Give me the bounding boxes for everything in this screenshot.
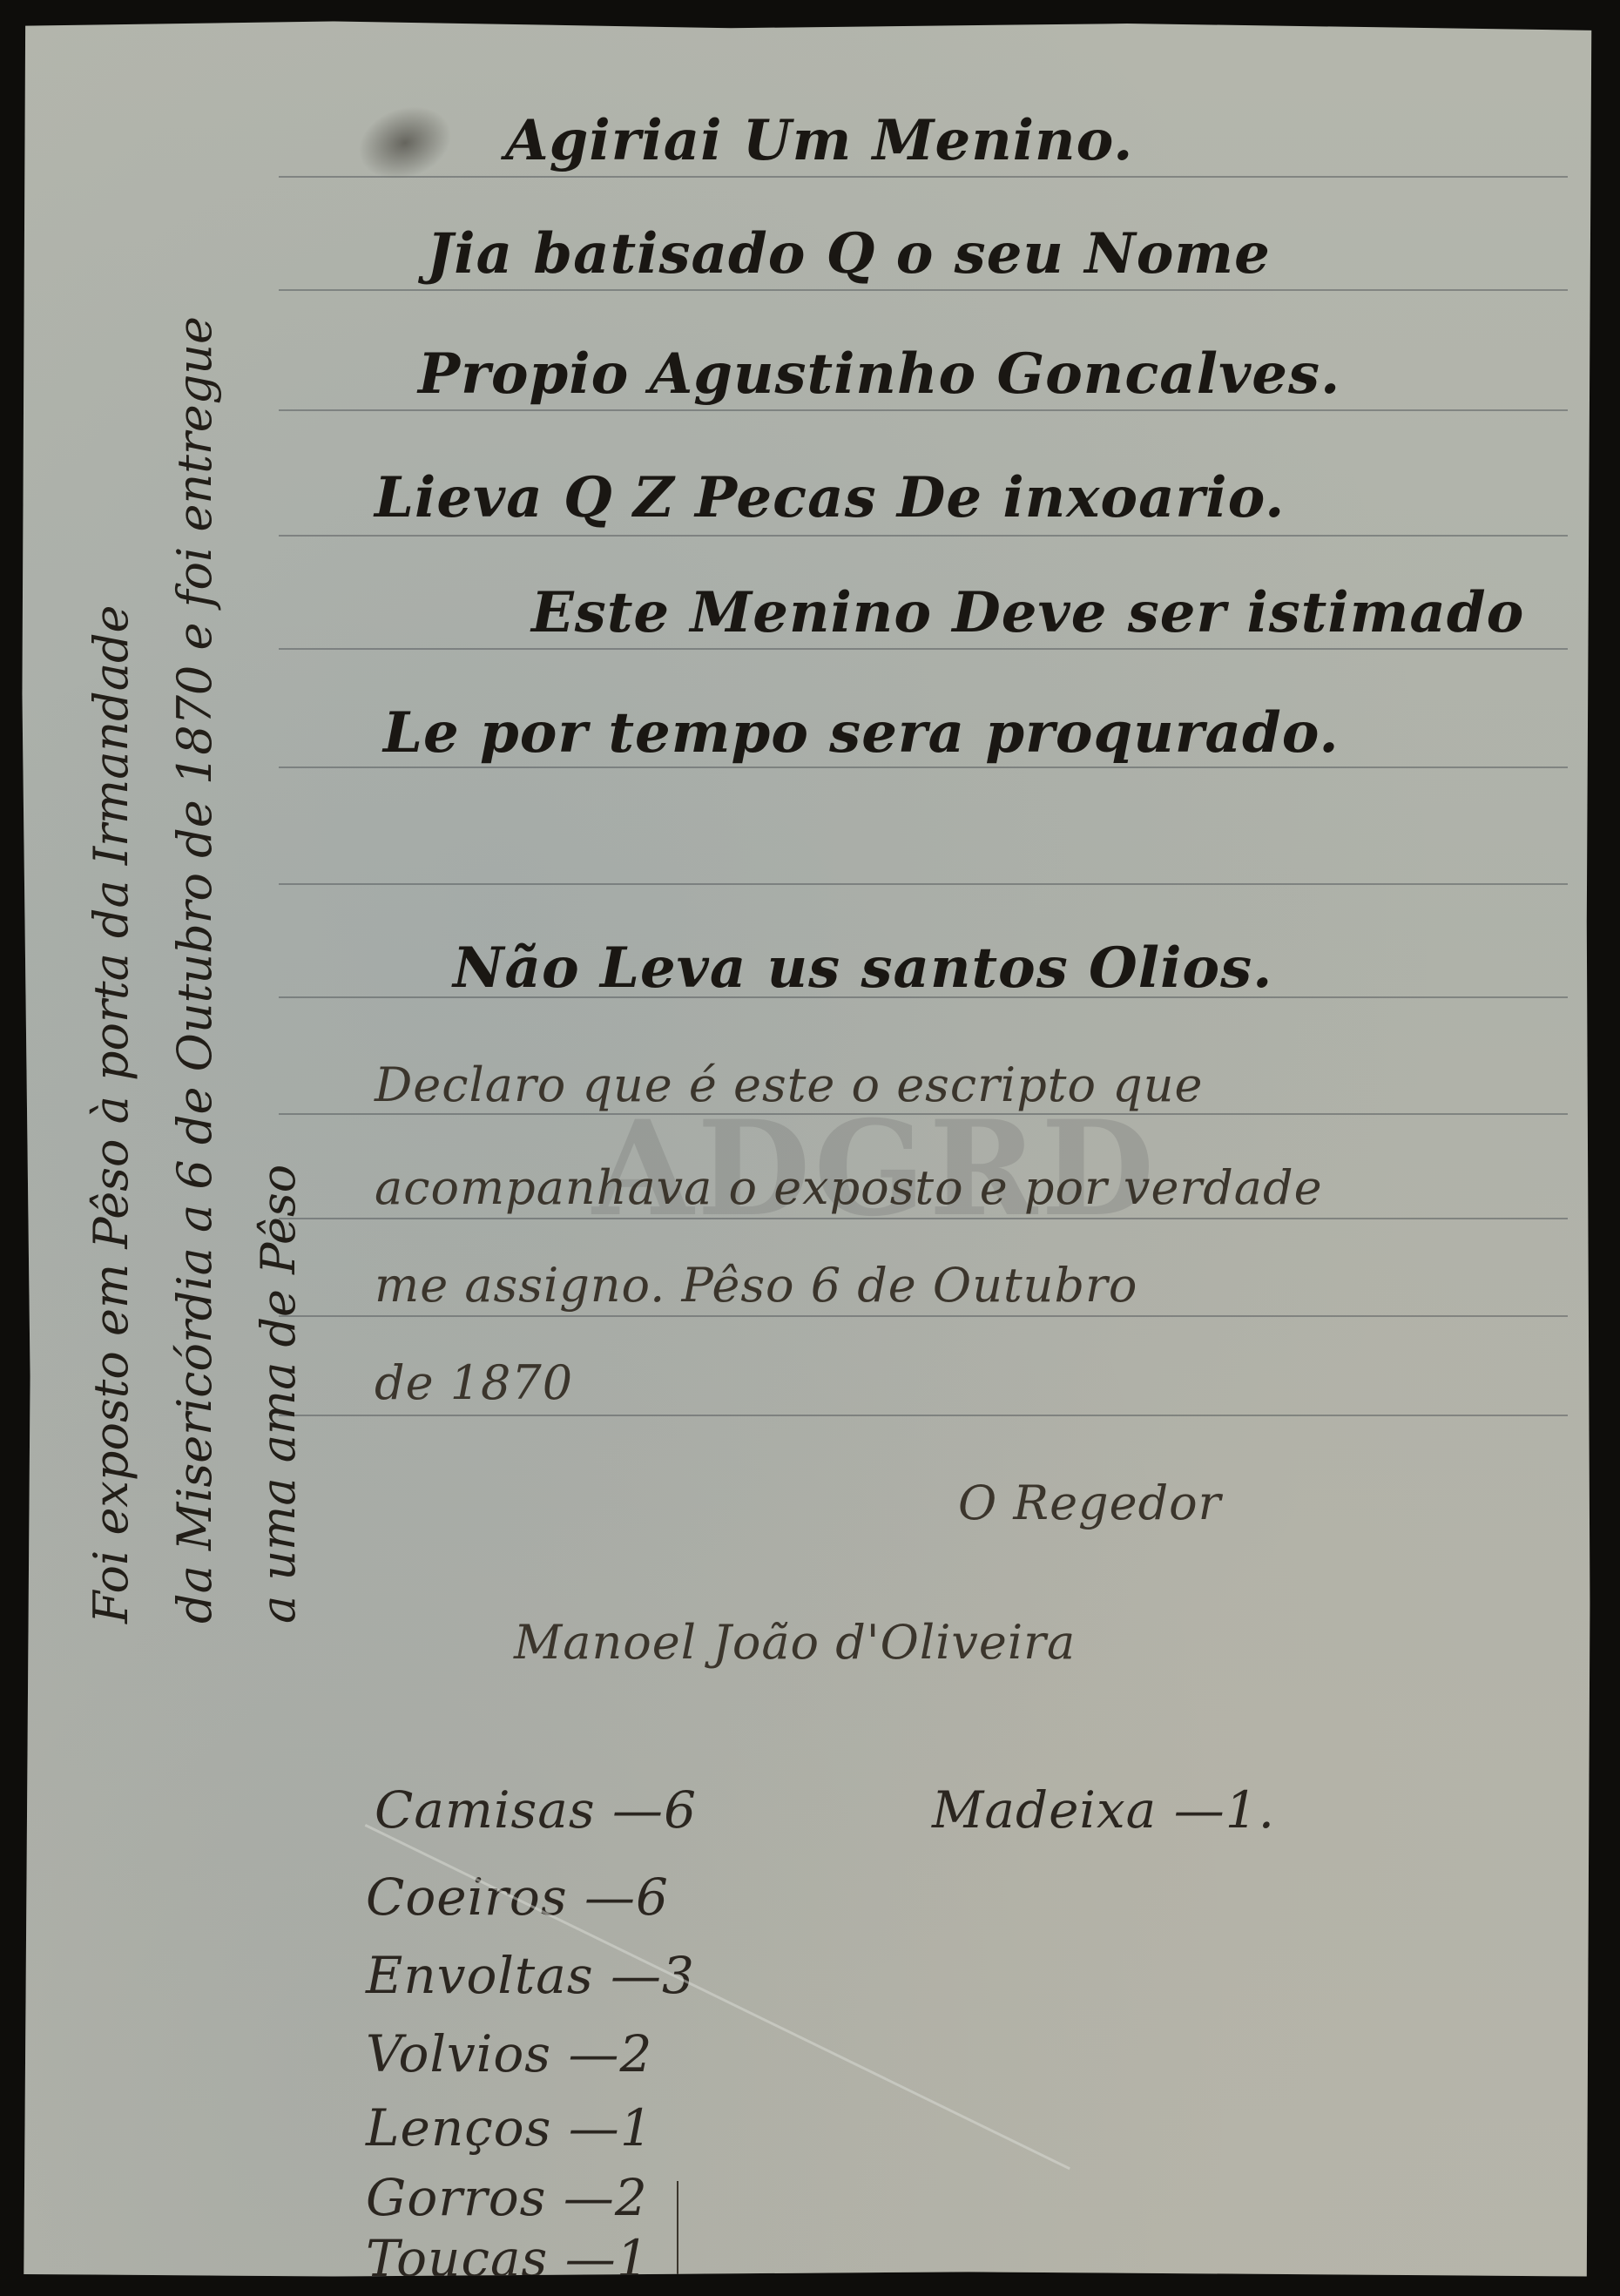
inventory-item-qty: 6 bbox=[664, 1780, 697, 1840]
inventory-item-name: Volvios bbox=[366, 2024, 551, 2083]
declaration-line: de 1870 bbox=[375, 1355, 573, 1410]
margin-note-line: Foi exposto em Pêso à porta da Irmandade bbox=[70, 316, 153, 1624]
declaration-line: me assigno. Pêso 6 de Outubro bbox=[375, 1258, 1137, 1313]
inventory-item: Gorros —2 bbox=[366, 2168, 648, 2227]
inventory-item: Volvios —2 bbox=[366, 2024, 652, 2083]
inventory-item-qty: 2 bbox=[619, 2024, 652, 2083]
inventory-item-qty: 3 bbox=[662, 1946, 695, 2005]
note-line: Não Leva us santos Olios. bbox=[453, 935, 1272, 1001]
inventory-item-qty: 1. bbox=[1225, 1780, 1275, 1840]
body-line: Este Menino Deve ser istimado bbox=[531, 580, 1524, 645]
inventory-item-name: Camisas bbox=[375, 1780, 596, 1840]
declaration-line: Declaro que é este o escripto que bbox=[375, 1057, 1203, 1112]
body-line: Lieva Q Z Pecas De inxoario. bbox=[375, 465, 1285, 530]
inventory-item: Camisas —6 bbox=[375, 1780, 697, 1840]
margin-note-line: a uma ama de Pêso bbox=[237, 316, 321, 1624]
inventory-item-name: Lenços bbox=[366, 2098, 551, 2158]
inventory-item-name: Toucas bbox=[366, 2229, 548, 2288]
signature-name: Manoel João d'Oliveira bbox=[514, 1615, 1076, 1670]
inventory-item-name: Madeixa bbox=[932, 1780, 1157, 1840]
inventory-item: Madeixa —1. bbox=[932, 1780, 1275, 1840]
inventory-item: Envoltas —3 bbox=[366, 1946, 695, 2005]
signature-title: O Regedor bbox=[958, 1476, 1221, 1530]
inventory-item-name: Envoltas bbox=[366, 1946, 594, 2005]
inventory-item-qty: 1 bbox=[620, 2098, 653, 2158]
declaration-line: acompanhava o exposto e por verdade bbox=[375, 1160, 1323, 1215]
body-line: Propio Agustinho Goncalves. bbox=[418, 341, 1340, 407]
body-line: Le por tempo sera proqurado. bbox=[383, 700, 1340, 766]
document-page: ADGRD Agiriai Um Menino. Jia batisado Q … bbox=[17, 12, 1603, 2286]
inventory-item-qty: 6 bbox=[636, 1867, 669, 1927]
inventory-item-qty: 2 bbox=[615, 2168, 648, 2227]
inventory-item-name: Gorros bbox=[366, 2168, 546, 2227]
body-line: Jia batisado Q o seu Nome bbox=[427, 221, 1271, 287]
margin-note: Foi exposto em Pêso à porta da Irmandade… bbox=[70, 316, 321, 1624]
inventory-item-qty: 1 bbox=[617, 2229, 650, 2288]
inventory-item: Toucas —1 bbox=[366, 2229, 650, 2288]
inventory-bracket bbox=[677, 2181, 705, 2286]
margin-note-line: da Misericórdia a 6 de Outubro de 1870 e… bbox=[153, 316, 237, 1624]
inventory-item: Lenços —1 bbox=[366, 2098, 653, 2158]
body-line: Agiriai Um Menino. bbox=[505, 108, 1133, 173]
